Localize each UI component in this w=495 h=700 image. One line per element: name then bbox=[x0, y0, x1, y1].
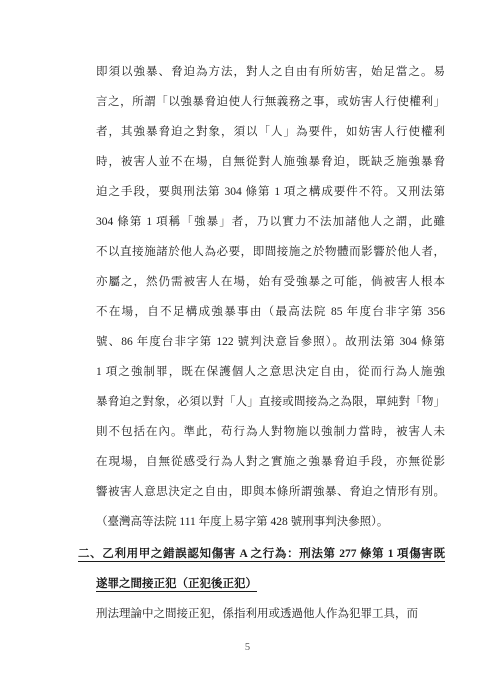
text-line: 在現場，自無從感受行為人對之實施之強暴脅迫手段，亦無從影 bbox=[96, 447, 445, 477]
section-heading: 二、乙利用甲之錯誤認知傷害 A 之行為：刑法第 277 條第 1 項傷害既 遂罪… bbox=[78, 539, 445, 599]
text-line: 響被害人意思決定之自由，即與本條所謂強暴、脅迫之情形有別。 bbox=[96, 477, 445, 507]
text-line-citation: （臺灣高等法院 111 年度上易字第 428 號刑事判決參照）。 bbox=[96, 507, 445, 537]
text-line: 不以直接施諸於他人為必要，即間接施之於物體而影響於他人者， bbox=[96, 237, 445, 267]
text-line: 刑法理論中之間接正犯，係指利用或透過他人作為犯罪工具，而 bbox=[96, 599, 445, 629]
text-line: 時，被害人並不在場，自無從對人施強暴脅迫，既缺乏施強暴脅 bbox=[96, 147, 445, 177]
section-heading-line: 遂罪之間接正犯（正犯後正犯） bbox=[96, 569, 445, 599]
paragraph-body: 刑法理論中之間接正犯，係指利用或透過他人作為犯罪工具，而 bbox=[96, 599, 445, 629]
text-line: 1 項之強制罪，既在保護個人之意思決定自由，從而行為人施強 bbox=[96, 357, 445, 387]
paragraph-continuation: 即須以強暴、脅迫為方法，對人之自由有所妨害，始足當之。易 言之，所謂「以強暴脅迫… bbox=[96, 57, 445, 537]
text-line: 言之，所謂「以強暴脅迫使人行無義務之事，或妨害人行使權利」 bbox=[96, 87, 445, 117]
section-heading-line: 二、乙利用甲之錯誤認知傷害 A 之行為：刑法第 277 條第 1 項傷害既 bbox=[78, 539, 445, 569]
page-content: 即須以強暴、脅迫為方法，對人之自由有所妨害，始足當之。易 言之，所謂「以強暴脅迫… bbox=[78, 57, 445, 629]
text-line: 則不包括在內。準此，苟行為人對物施以強制力當時，被害人未 bbox=[96, 417, 445, 447]
text-line: 者，其強暴脅迫之對象，須以「人」為要件，如妨害人行使權利 bbox=[96, 117, 445, 147]
document-page: { "page": { "background_color": "#ffffff… bbox=[0, 0, 495, 700]
text-line: 迫之手段，要與刑法第 304 條第 1 項之構成要件不符。又刑法第 bbox=[96, 177, 445, 207]
text-line: 號、86 年度台非字第 122 號判決意旨參照）。故刑法第 304 條第 bbox=[96, 327, 445, 357]
text-line: 暴脅迫之對象，必須以對「人」直接或間接為之為限，單純對「物」 bbox=[96, 387, 445, 417]
text-line: 不在場，自不足構成強暴事由（最高法院 85 年度台非字第 356 bbox=[96, 297, 445, 327]
page-number: 5 bbox=[0, 638, 495, 658]
text-line: 即須以強暴、脅迫為方法，對人之自由有所妨害，始足當之。易 bbox=[96, 57, 445, 87]
text-line: 亦屬之，然仍需被害人在場，始有受強暴之可能，倘被害人根本 bbox=[96, 267, 445, 297]
text-line: 304 條第 1 項稱「強暴」者，乃以實力不法加諸他人之謂，此雖 bbox=[96, 207, 445, 237]
page: 即須以強暴、脅迫為方法，對人之自由有所妨害，始足當之。易 言之，所謂「以強暴脅迫… bbox=[0, 0, 495, 700]
